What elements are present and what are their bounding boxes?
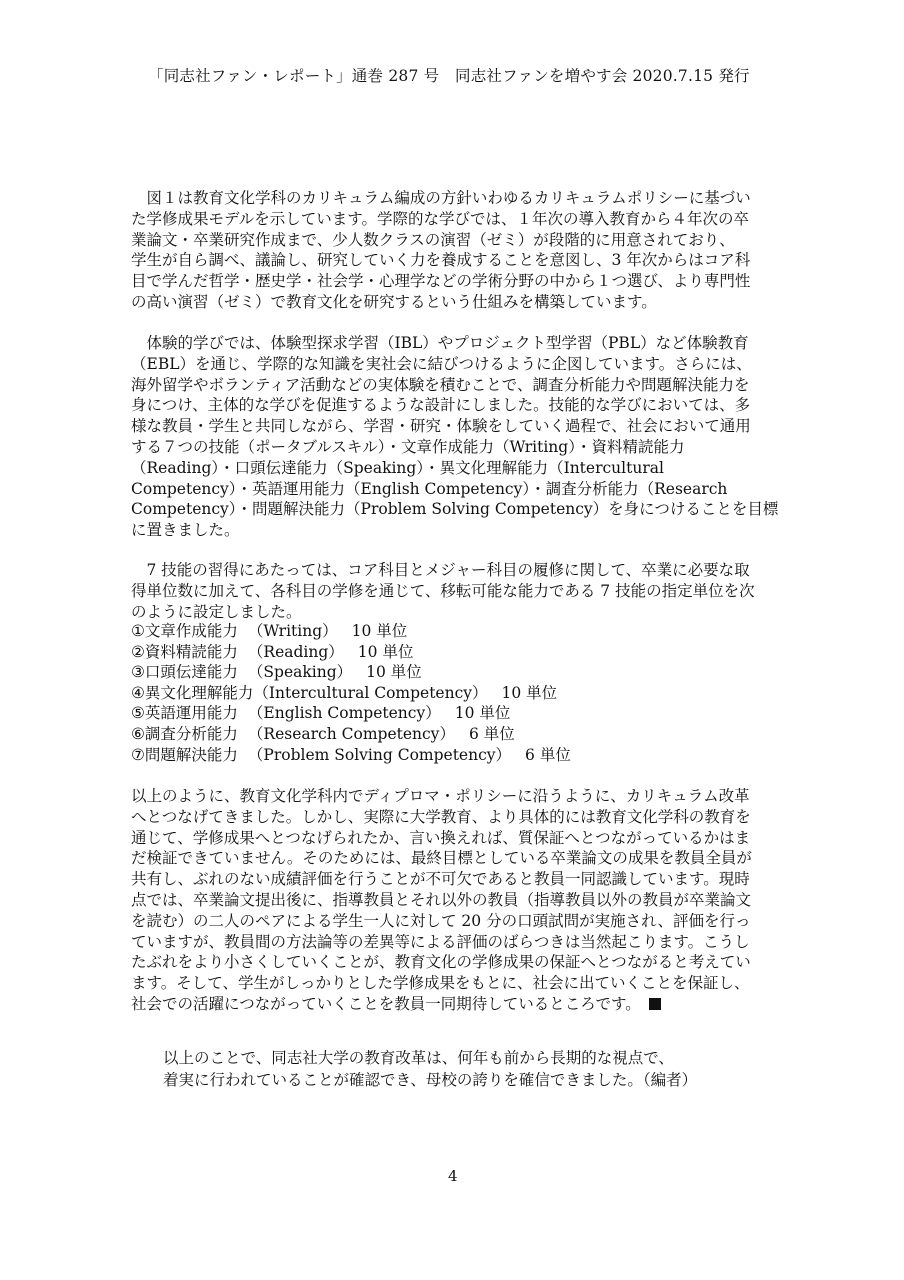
list-number: ③: [131, 662, 145, 683]
skill-credits: 10 単位: [352, 622, 408, 640]
text-line: 体験的学びでは、体験型探求学習（IBL）やプロジェクト型学習（PBL）など体験教…: [131, 333, 791, 354]
text-line: だ検証できていません。そのためには、最終目標としている卒業論文の成果を教員全員が: [131, 848, 791, 869]
end-mark-square-icon: [649, 998, 661, 1010]
text-line: 7 技能の習得にあたっては、コア科目とメジャー科目の履修に関して、卒業に必要な取: [131, 560, 791, 581]
list-number: ⑥: [131, 724, 145, 745]
list-number: ②: [131, 642, 145, 663]
text-line: 着実に行われていることが確認でき、母校の誇りを確信できました。（編者）: [163, 1069, 697, 1091]
paragraph-curriculum-policy: 図１は教育文化学科のカリキュラム編成の方針いわゆるカリキュラムポリシーに基づい …: [131, 188, 791, 313]
text-line: 通じて、学修成果へとつなげられたか、言い換えれば、質保証へとつながっているかはま: [131, 828, 791, 849]
text-line: 図１は教育文化学科のカリキュラム編成の方針いわゆるカリキュラムポリシーに基づい: [131, 188, 791, 209]
text-line: ます。そして、学生がしっかりとした学修成果をもとに、社会に出ていくことを保証し、: [131, 973, 791, 994]
text-line: に置きました。: [131, 520, 791, 541]
list-item: ①文章作成能力（Writing）10 単位: [131, 621, 571, 642]
text-line: を読む）の二人のペアによる学生一人に対して 20 分の口頭試問が実施され、評価を…: [131, 911, 791, 932]
list-number: ⑦: [131, 745, 145, 766]
page-number: 4: [448, 1167, 458, 1185]
text-line: 共有し、ぶれのない成績評価を行うことが不可欠であると教員一同認識しています。現時: [131, 869, 791, 890]
text-line: Competency）・英語運用能力（English Competency）・調…: [131, 479, 791, 500]
text-line: の高い演習（ゼミ）で教育文化を研究するという仕組みを構築しています。: [131, 292, 791, 313]
list-number: ⑤: [131, 703, 145, 724]
skills-credit-list: ①文章作成能力（Writing）10 単位 ②資料精読能力（Reading）10…: [131, 621, 571, 765]
text-line: 業論文・卒業研究作成まで、少人数クラスの演習（ゼミ）が段階的に用意されており、: [131, 230, 791, 251]
text-line: 様な教員・学生と共同しながら、学習・研究・体験をしていく過程で、社会において通用: [131, 416, 791, 437]
text-line: Competency）・問題解決能力（Problem Solving Compe…: [131, 499, 791, 520]
list-number: ①: [131, 621, 145, 642]
text-line: （Reading）・口頭伝達能力（Speaking）・異文化理解能力（Inter…: [131, 458, 791, 479]
text-line: 以上のことで、同志社大学の教育改革は、何年も前から長期的な視点で、: [163, 1047, 697, 1069]
list-item: ⑥調査分析能力（Research Competency）6 単位: [131, 724, 571, 745]
skill-credits: 6 単位: [525, 746, 571, 764]
list-item: ⑦問題解決能力（Problem Solving Competency）6 単位: [131, 745, 571, 766]
skill-credits: 10 単位: [358, 643, 414, 661]
text-line: のように設定しました。: [131, 602, 791, 623]
list-item: ③口頭伝達能力（Speaking）10 単位: [131, 662, 571, 683]
text-line: 以上のように、教育文化学科内でディプロマ・ポリシーに沿うように、カリキュラム改革: [131, 786, 791, 807]
page-header: 「同志社ファン・レポート」通巻 287 号 同志社ファンを増やす会 2020.7…: [148, 64, 750, 86]
text-line: た学修成果モデルを示しています。学際的な学びでは、１年次の導入教育から４年次の卒: [131, 209, 791, 230]
paragraph-quality-assurance: 以上のように、教育文化学科内でディプロマ・ポリシーに沿うように、カリキュラム改革…: [131, 786, 791, 1015]
skill-name-ja: 問題解決能力: [145, 746, 238, 764]
skill-name-en: （English Competency）: [248, 704, 441, 722]
skill-name-en: （Reading）: [248, 643, 344, 661]
skill-credits: 10 単位: [502, 684, 558, 702]
paragraph-experiential-learning: 体験的学びでは、体験型探求学習（IBL）やプロジェクト型学習（PBL）など体験教…: [131, 333, 791, 541]
editor-note: 以上のことで、同志社大学の教育改革は、何年も前から長期的な視点で、 着実に行われ…: [163, 1047, 697, 1091]
skill-name-en: （Research Competency）: [248, 725, 455, 743]
skill-name-en: （Intercultural Competency）: [253, 684, 487, 702]
text-line: 学生が自ら調べ、議論し、研究していく力を養成することを意図し、3 年次からはコア…: [131, 250, 791, 271]
skill-credits: 6 単位: [469, 725, 515, 743]
skill-credits: 10 単位: [366, 663, 422, 681]
text-line: たぶれをより小さくしていくことが、教育文化の学修成果の保証へとつながると考えてい: [131, 952, 791, 973]
skill-name-ja: 口頭伝達能力: [145, 663, 238, 681]
text-line: する７つの技能（ポータブルスキル）・文章作成能力（Writing）・資料精読能力: [131, 437, 791, 458]
skill-name-en: （Problem Solving Competency）: [248, 746, 511, 764]
text-line-last: 社会での活躍につながっていくことを教員一同期待しているところです。: [131, 994, 791, 1015]
list-item: ④異文化理解能力（Intercultural Competency）10 単位: [131, 683, 571, 704]
text-line: ていますが、教員間の方法論等の差異等による評価のばらつきは当然起こります。こうし: [131, 932, 791, 953]
text-line: 身につけ、主体的な学びを促進するような設計にしました。技能的な学びにおいては、多: [131, 395, 791, 416]
text-line: 海外留学やボランティア活動などの実体験を積むことで、調査分析能力や問題解決能力を: [131, 375, 791, 396]
text-line: へとつなげてきました。しかし、実際に大学教育、より具体的には教育文化学科の教育を: [131, 807, 791, 828]
skill-name-ja: 異文化理解能力: [145, 684, 254, 702]
skill-name-en: （Writing）: [248, 622, 338, 640]
paragraph-seven-skills-intro: 7 技能の習得にあたっては、コア科目とメジャー科目の履修に関して、卒業に必要な取…: [131, 560, 791, 622]
text-line: 点では、卒業論文提出後に、指導教員とそれ以外の教員（指導教員以外の教員が卒業論文: [131, 890, 791, 911]
skill-name-ja: 文章作成能力: [145, 622, 238, 640]
text-line: 得単位数に加えて、各科目の学修を通じて、移転可能な能力である 7 技能の指定単位…: [131, 581, 791, 602]
text-line: 社会での活躍につながっていくことを教員一同期待しているところです。: [131, 995, 641, 1013]
list-number: ④: [131, 683, 145, 704]
skill-name-ja: 調査分析能力: [145, 725, 238, 743]
list-item: ⑤英語運用能力（English Competency）10 単位: [131, 703, 571, 724]
skill-name-ja: 資料精読能力: [145, 643, 238, 661]
list-item: ②資料精読能力（Reading）10 単位: [131, 642, 571, 663]
text-line: 目で学んだ哲学・歴史学・社会学・心理学などの学術分野の中から１つ選び、より専門性: [131, 271, 791, 292]
skill-name-ja: 英語運用能力: [145, 704, 238, 722]
skill-credits: 10 単位: [455, 704, 511, 722]
skill-name-en: （Speaking）: [248, 663, 352, 681]
text-line: （EBL）を通じ、学際的な知識を実社会に結びつけるように企図しています。さらには…: [131, 354, 791, 375]
